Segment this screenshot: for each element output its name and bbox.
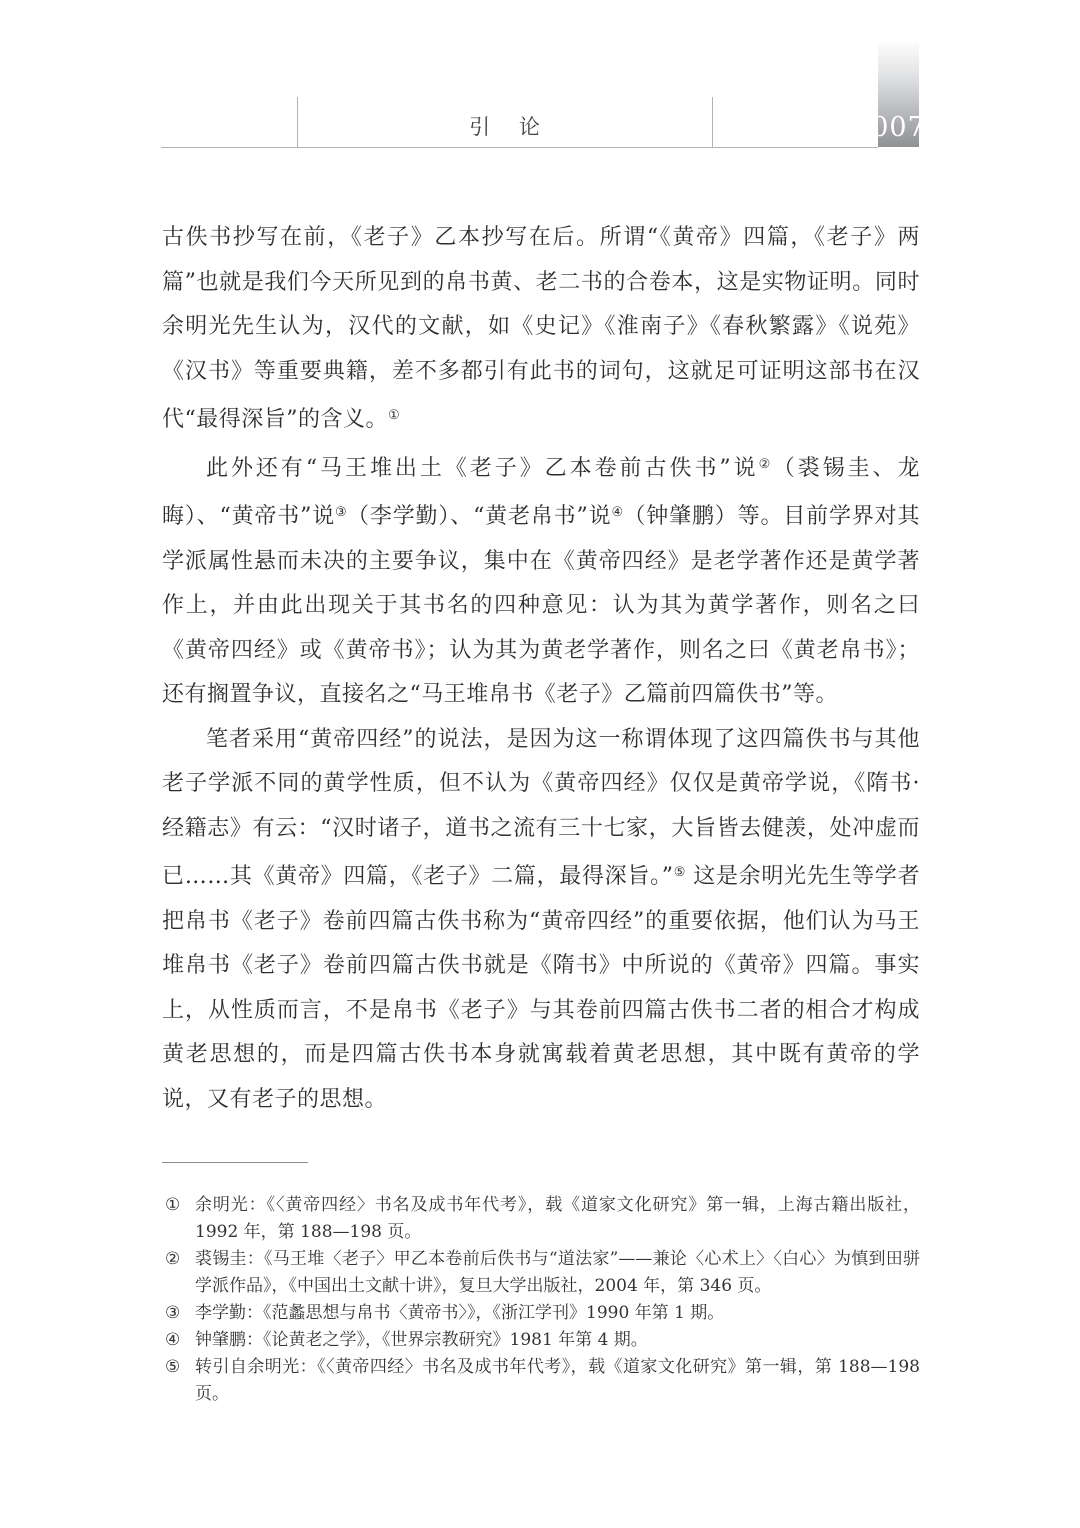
footnote-item: ②裘锡圭：《马王堆〈老子〉甲乙本卷前后佚书与“道法家”——兼论〈心术上〉〈白心〉… — [162, 1246, 920, 1300]
paragraph: 古佚书抄写在前，《老子》乙本抄写在后。所谓“《黄帝》四篇，《老子》两篇”也就是我… — [162, 216, 920, 443]
text-segment: 此外还有“马王堆出土《老子》乙本卷前古佚书”说 — [206, 456, 759, 481]
text-segment: （李学勤）、“黄老帛书”说 — [347, 504, 611, 529]
footnote-text: 转引自余明光：《〈黄帝四经〉书名及成书年代考》，载《道家文化研究》第一辑，第 1… — [195, 1354, 920, 1408]
footnote-marker: ① — [165, 1192, 195, 1219]
book-page: 引 论 007 古佚书抄写在前，《老子》乙本抄写在后。所谓“《黄帝》四篇，《老子… — [0, 0, 1080, 1528]
footnote-item: ⑤转引自余明光：《〈黄帝四经〉书名及成书年代考》，载《道家文化研究》第一辑，第 … — [162, 1354, 920, 1408]
footnote-text: 钟肇鹏：《论黄老之学》，《世界宗教研究》1981 年第 4 期。 — [195, 1327, 920, 1354]
footnote-ref: ① — [388, 408, 400, 423]
page-number-badge: 007 — [878, 43, 919, 147]
footnote-marker: ② — [165, 1246, 195, 1273]
footnote-marker: ⑤ — [165, 1354, 195, 1381]
footnote-ref: ⑤ — [674, 865, 686, 880]
footnote-text: 余明光：《〈黄帝四经〉书名及成书年代考》，载《道家文化研究》第一辑，上海古籍出版… — [195, 1192, 920, 1246]
page-title: 引 论 — [297, 112, 712, 142]
header-vline-right — [712, 97, 713, 147]
footnote-separator — [162, 1162, 308, 1163]
footnote-item: ④钟肇鹏：《论黄老之学》，《世界宗教研究》1981 年第 4 期。 — [162, 1327, 920, 1354]
paragraph: 笔者采用“黄帝四经”的说法，是因为这一称谓体现了这四篇佚书与其他老子学派不同的黄… — [162, 718, 920, 1123]
footnote-list: ①余明光：《〈黄帝四经〉书名及成书年代考》，载《道家文化研究》第一辑，上海古籍出… — [162, 1192, 920, 1408]
footnote-ref: ③ — [335, 505, 347, 520]
paragraph: 此外还有“马王堆出土《老子》乙本卷前古佚书”说②（裘锡圭、龙晦）、“黄帝书”说③… — [162, 443, 920, 718]
text-segment: 古佚书抄写在前，《老子》乙本抄写在后。所谓“《黄帝》四篇，《老子》两篇”也就是我… — [162, 225, 920, 432]
footnote-text: 李学勤：《范蠡思想与帛书〈黄帝书〉》，《浙江学刊》1990 年第 1 期。 — [195, 1300, 920, 1327]
footnote-text: 裘锡圭：《马王堆〈老子〉甲乙本卷前后佚书与“道法家”——兼论〈心术上〉〈白心〉为… — [195, 1246, 920, 1300]
footnote-marker: ④ — [165, 1327, 195, 1354]
footnote-ref: ② — [759, 457, 773, 472]
footnote-item: ①余明光：《〈黄帝四经〉书名及成书年代考》，载《道家文化研究》第一辑，上海古籍出… — [162, 1192, 920, 1246]
footnote-marker: ③ — [165, 1300, 195, 1327]
footnote-item: ③李学勤：《范蠡思想与帛书〈黄帝书〉》，《浙江学刊》1990 年第 1 期。 — [162, 1300, 920, 1327]
text-segment: 这是余明光先生等学者把帛书《老子》卷前四篇古佚书称为“黄帝四经”的重要依据，他们… — [162, 864, 920, 1112]
footnote-ref: ④ — [611, 505, 623, 520]
header-rule — [161, 147, 878, 148]
body-paragraphs: 古佚书抄写在前，《老子》乙本抄写在后。所谓“《黄帝》四篇，《老子》两篇”也就是我… — [162, 216, 920, 1122]
footnotes-section: ①余明光：《〈黄帝四经〉书名及成书年代考》，载《道家文化研究》第一辑，上海古籍出… — [162, 1162, 920, 1408]
page-number: 007 — [871, 114, 926, 147]
text-segment: （钟肇鹏）等。目前学界对其学派属性悬而未决的主要争议，集中在《黄帝四经》是老学著… — [162, 504, 920, 707]
